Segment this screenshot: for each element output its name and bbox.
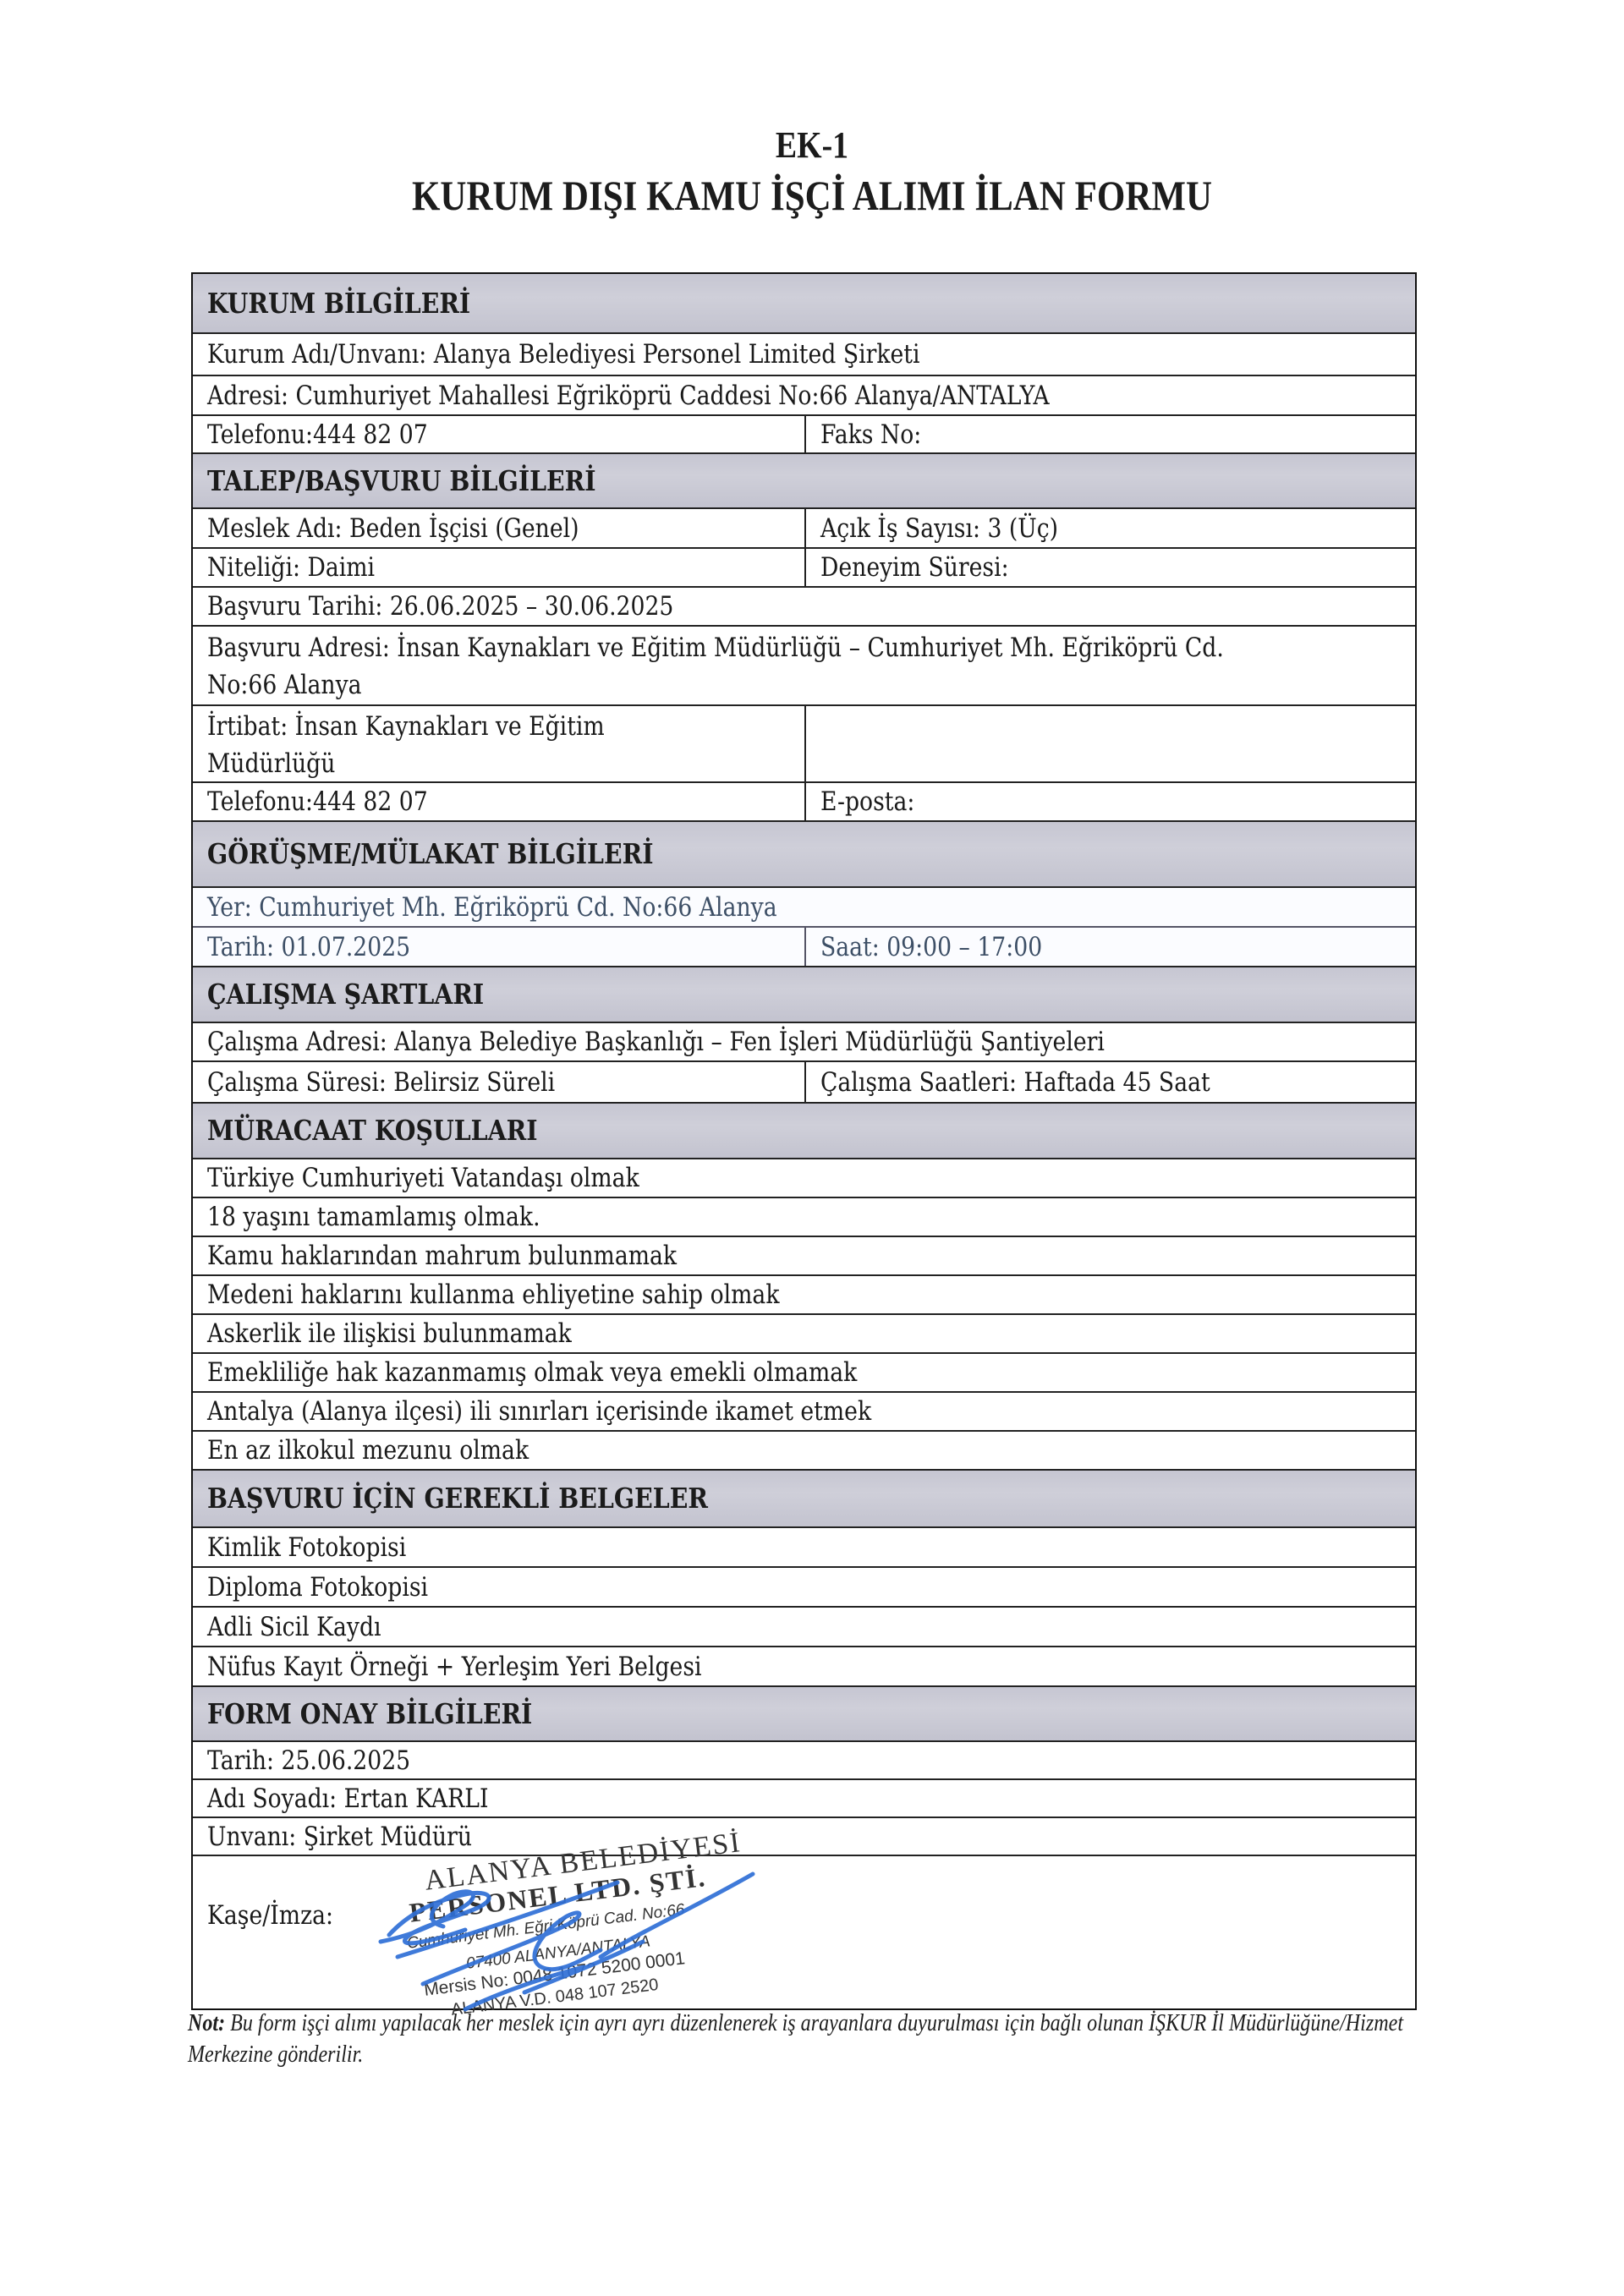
- document-title: KURUM DIŞI KAMU İŞÇİ ALIMI İLAN FORMU: [113, 171, 1510, 220]
- interview-time: Saat: 09:00 – 17:00: [820, 929, 1042, 966]
- work-hours: Çalışma Saatleri: Haftada 45 Saat: [820, 1064, 1210, 1101]
- requirement-row: Antalya (Alanya ilçesi) ili sınırları iç…: [193, 1393, 1415, 1432]
- institution-name: Kurum Adı/Unvanı: Alanya Belediyesi Pers…: [207, 336, 920, 373]
- requirement-row: Türkiye Cumhuriyeti Vatandaşı olmak: [193, 1159, 1415, 1198]
- requirement-text: Askerlik ile ilişkisi bulunmamak: [207, 1315, 572, 1352]
- requirement-text: Antalya (Alanya ilçesi) ili sınırları iç…: [207, 1393, 871, 1430]
- section-title: TALEP/BAŞVURU BİLGİLERİ: [207, 463, 596, 500]
- document-row: Kimlik Fotokopisi: [193, 1528, 1415, 1568]
- form-row-institution-address: Adresi: Cumhuriyet Mahallesi Eğriköprü C…: [193, 376, 1415, 416]
- form-row-occupation: Meslek Adı: Beden İşçisi (Genel) Açık İş…: [193, 509, 1415, 549]
- form-row-institution-name: Kurum Adı/Unvanı: Alanya Belediyesi Pers…: [193, 334, 1415, 376]
- requirement-text: Kamu haklarından mahrum bulunmamak: [207, 1237, 677, 1274]
- form-row-institution-contact: Telefonu:444 82 07 Faks No:: [193, 416, 1415, 454]
- requirement-text: 18 yaşını tamamlamış olmak.: [207, 1198, 540, 1236]
- form-row-nature: Niteliği: Daimi Deneyim Süresi:: [193, 549, 1415, 588]
- form-row-work-address: Çalışma Adresi: Alanya Belediye Başkanlı…: [193, 1023, 1415, 1062]
- document-text: Adli Sicil Kaydı: [207, 1608, 381, 1646]
- work-address: Çalışma Adresi: Alanya Belediye Başkanlı…: [207, 1023, 1105, 1060]
- footnote-label: Not:: [188, 2010, 225, 2036]
- requirement-text: Türkiye Cumhuriyeti Vatandaşı olmak: [207, 1159, 639, 1197]
- section-header-belgeler: BAŞVURU İÇİN GEREKLİ BELGELER: [193, 1471, 1415, 1528]
- section-header-onay: FORM ONAY BİLGİLERİ: [193, 1687, 1415, 1742]
- form-row-approver-name: Adı Soyadı: Ertan KARLI: [193, 1780, 1415, 1818]
- document-text: Kimlik Fotokopisi: [207, 1529, 406, 1566]
- requirement-row: 18 yaşını tamamlamış olmak.: [193, 1198, 1415, 1237]
- position-nature: Niteliği: Daimi: [207, 549, 375, 586]
- section-header-kurum: KURUM BİLGİLERİ: [193, 274, 1415, 334]
- contact-phone: Telefonu:444 82 07: [207, 783, 428, 820]
- form-row-work-terms: Çalışma Süresi: Belirsiz Süreli Çalışma …: [193, 1062, 1415, 1104]
- form-row-approver-title: Unvanı: Şirket Müdürü: [193, 1818, 1415, 1856]
- section-header-muracaat: MÜRACAAT KOŞULLARI: [193, 1104, 1415, 1159]
- section-header-talep: TALEP/BAŞVURU BİLGİLERİ: [193, 454, 1415, 509]
- section-title: BAŞVURU İÇİN GEREKLİ BELGELER: [207, 1480, 708, 1517]
- form-row-contact: İrtibat: İnsan Kaynakları ve Eğitim Müdü…: [193, 706, 1415, 783]
- approver-title: Unvanı: Şirket Müdürü: [207, 1818, 472, 1855]
- requirement-row: Medeni haklarını kullanma ehliyetine sah…: [193, 1276, 1415, 1315]
- section-title: GÖRÜŞME/MÜLAKAT BİLGİLERİ: [207, 836, 654, 873]
- requirement-row: En az ilkokul mezunu olmak: [193, 1432, 1415, 1471]
- handwritten-signature: [372, 1857, 770, 2018]
- form-row-interview-time: Tarih: 01.07.2025 Saat: 09:00 – 17:00: [193, 928, 1415, 967]
- form-row-application-dates: Başvuru Tarihi: 26.06.2025 – 30.06.2025: [193, 588, 1415, 627]
- occupation-name: Meslek Adı: Beden İşçisi (Genel): [207, 510, 579, 547]
- requirement-row: Askerlik ile ilişkisi bulunmamak: [193, 1315, 1415, 1354]
- application-dates: Başvuru Tarihi: 26.06.2025 – 30.06.2025: [207, 588, 673, 625]
- section-header-calisma: ÇALIŞMA ŞARTLARI: [193, 967, 1415, 1023]
- document-row: Diploma Fotokopisi: [193, 1568, 1415, 1608]
- form-row-application-address: Başvuru Adresi: İnsan Kaynakları ve Eğit…: [193, 627, 1415, 706]
- form-row-contact-phone: Telefonu:444 82 07 E-posta:: [193, 783, 1415, 822]
- section-title: FORM ONAY BİLGİLERİ: [207, 1696, 532, 1733]
- contact-email: E-posta:: [820, 783, 914, 820]
- stamp-signature-label: Kaşe/İmza:: [207, 1897, 333, 1934]
- document-row: Adli Sicil Kaydı: [193, 1608, 1415, 1647]
- form-row-approval-date: Tarih: 25.06.2025: [193, 1742, 1415, 1780]
- section-title: ÇALIŞMA ŞARTLARI: [207, 976, 484, 1013]
- institution-phone: Telefonu:444 82 07: [207, 416, 428, 453]
- open-positions: Açık İş Sayısı: 3 (Üç): [820, 510, 1058, 547]
- document-text: Nüfus Kayıt Örneği + Yerleşim Yeri Belge…: [207, 1648, 702, 1685]
- approver-name: Adı Soyadı: Ertan KARLI: [207, 1780, 488, 1817]
- section-title: MÜRACAAT KOŞULLARI: [207, 1112, 538, 1149]
- document-row: Nüfus Kayıt Örneği + Yerleşim Yeri Belge…: [193, 1647, 1415, 1687]
- experience-duration: Deneyim Süresi:: [820, 549, 1009, 586]
- form-row-interview-place: Yer: Cumhuriyet Mh. Eğriköprü Cd. No:66 …: [193, 888, 1415, 928]
- work-duration: Çalışma Süresi: Belirsiz Süreli: [207, 1064, 555, 1101]
- requirement-text: En az ilkokul mezunu olmak: [207, 1432, 529, 1469]
- institution-fax: Faks No:: [820, 416, 921, 453]
- footnote: Not: Bu form işçi alımı yapılacak her me…: [188, 2008, 1431, 2070]
- interview-place: Yer: Cumhuriyet Mh. Eğriköprü Cd. No:66 …: [207, 889, 777, 926]
- footnote-text: Bu form işçi alımı yapılacak her meslek …: [188, 2010, 1403, 2068]
- contact-department: İrtibat: İnsan Kaynakları ve Eğitim Müdü…: [207, 708, 651, 782]
- requirement-row: Emekliliğe hak kazanmamış olmak veya eme…: [193, 1354, 1415, 1393]
- requirement-text: Medeni haklarını kullanma ehliyetine sah…: [207, 1276, 779, 1313]
- requirement-row: Kamu haklarından mahrum bulunmamak: [193, 1237, 1415, 1276]
- job-posting-form: KURUM BİLGİLERİ Kurum Adı/Unvanı: Alanya…: [191, 272, 1417, 2010]
- section-header-gorusme: GÖRÜŞME/MÜLAKAT BİLGİLERİ: [193, 822, 1415, 888]
- approval-date: Tarih: 25.06.2025: [207, 1742, 410, 1779]
- section-title: KURUM BİLGİLERİ: [207, 285, 470, 322]
- application-address: Başvuru Adresi: İnsan Kaynakları ve Eğit…: [207, 629, 1232, 704]
- interview-date: Tarih: 01.07.2025: [207, 929, 410, 966]
- document-code: EK-1: [113, 123, 1510, 167]
- requirement-text: Emekliliğe hak kazanmamış olmak veya eme…: [207, 1354, 857, 1391]
- document-text: Diploma Fotokopisi: [207, 1569, 428, 1606]
- institution-address: Adresi: Cumhuriyet Mahallesi Eğriköprü C…: [207, 377, 1050, 414]
